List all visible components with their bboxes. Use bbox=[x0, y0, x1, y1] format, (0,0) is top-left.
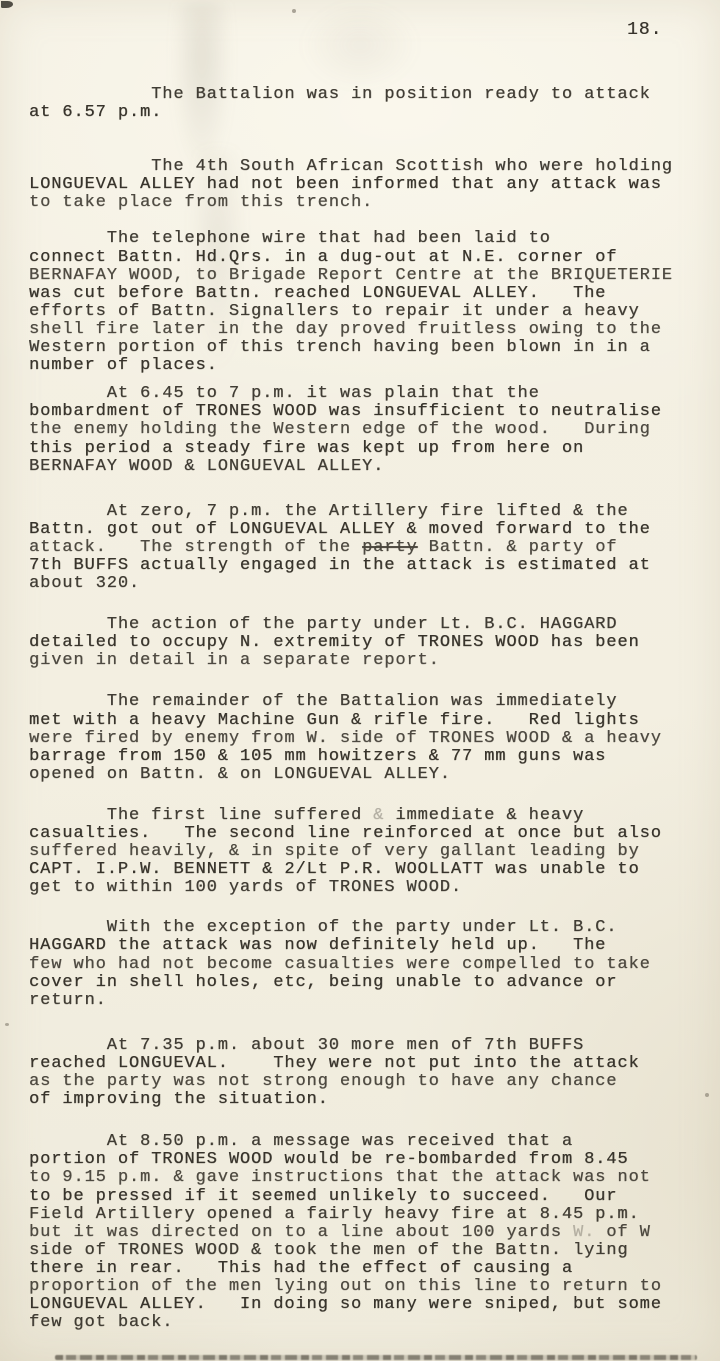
text-line: to 9.15 p.m. & gave instructions that th… bbox=[29, 1169, 699, 1187]
faint-ink-text: & bbox=[373, 806, 384, 825]
text-line: LONGUEVAL ALLEY had not been informed th… bbox=[29, 176, 699, 194]
paragraph: The Battalion was in position ready to a… bbox=[29, 86, 699, 122]
text-line: Battn. got out of LONGUEVAL ALLEY & move… bbox=[29, 521, 699, 539]
paragraph: At 8.50 p.m. a message was received that… bbox=[29, 1133, 699, 1332]
text-line: attack. The strength of the party Battn.… bbox=[29, 539, 699, 557]
text-line: At zero, 7 p.m. the Artillery fire lifte… bbox=[29, 503, 699, 521]
text-line: detailed to occupy N. extremity of TRONE… bbox=[29, 634, 699, 652]
text-line: efforts of Battn. Signallers to repair i… bbox=[29, 303, 699, 321]
scan-dust-speck bbox=[705, 1093, 709, 1097]
text-line: CAPT. I.P.W. BENNETT & 2/Lt P.R. WOOLLAT… bbox=[29, 861, 699, 879]
text-line: The first line suffered & immediate & he… bbox=[29, 807, 699, 825]
paragraph: The first line suffered & immediate & he… bbox=[29, 807, 699, 897]
text-line: proportion of the men lying out on this … bbox=[29, 1278, 699, 1296]
text-line: suffered heavily, & in spite of very gal… bbox=[29, 843, 699, 861]
text-line: few got back. bbox=[29, 1314, 699, 1332]
text-line: number of places. bbox=[29, 357, 699, 375]
text-line: but it was directed on to a line about 1… bbox=[29, 1224, 699, 1242]
text-line: about 320. bbox=[29, 575, 699, 593]
text-line: At 8.50 p.m. a message was received that… bbox=[29, 1133, 699, 1151]
text-line: connect Battn. Hd.Qrs. in a dug-out at N… bbox=[29, 249, 699, 267]
text-line: HAGGARD the attack was now definitely he… bbox=[29, 937, 699, 955]
text-line: The telephone wire that had been laid to bbox=[29, 230, 699, 248]
document-page: 18. The Battalion was in position ready … bbox=[0, 0, 720, 1361]
text-line: Western portion of this trench having be… bbox=[29, 339, 699, 357]
text-line: there in rear. This had the effect of ca… bbox=[29, 1260, 699, 1278]
text-line: BERNAFAY WOOD, to Brigade Report Centre … bbox=[29, 267, 699, 285]
faint-ink-text: W. bbox=[573, 1223, 595, 1242]
text-line: casualties. The second line reinforced a… bbox=[29, 825, 699, 843]
text-line: as the party was not strong enough to ha… bbox=[29, 1073, 699, 1091]
show-through-smudge bbox=[300, 0, 420, 90]
scan-dust-speck bbox=[5, 1023, 9, 1026]
text-line: LONGUEVAL ALLEY. In doing so many were s… bbox=[29, 1296, 699, 1314]
text-line: to be pressed if it seemed unlikely to s… bbox=[29, 1188, 699, 1206]
paragraph: The remainder of the Battalion was immed… bbox=[29, 693, 699, 783]
text-line: At 6.45 to 7 p.m. it was plain that the bbox=[29, 385, 699, 403]
text-line: met with a heavy Machine Gun & rifle fir… bbox=[29, 712, 699, 730]
text-line: was cut before Battn. reached LONGUEVAL … bbox=[29, 285, 699, 303]
text-line: The action of the party under Lt. B.C. H… bbox=[29, 616, 699, 634]
paragraph: At 6.45 to 7 p.m. it was plain that theb… bbox=[29, 385, 699, 475]
text-line: few who had not become casualties were c… bbox=[29, 956, 699, 974]
typewritten-text-body: The Battalion was in position ready to a… bbox=[29, 86, 699, 1332]
text-line: reached LONGUEVAL. They were not put int… bbox=[29, 1055, 699, 1073]
text-line: shell fire later in the day proved fruit… bbox=[29, 321, 699, 339]
text-line: get to within 100 yards of TRONES WOOD. bbox=[29, 879, 699, 897]
text-line: opened on Battn. & on LONGUEVAL ALLEY. bbox=[29, 766, 699, 784]
text-line: The Battalion was in position ready to a… bbox=[29, 86, 699, 104]
text-line: Field Artillery opened a fairly heavy fi… bbox=[29, 1206, 699, 1224]
paragraph: At 7.35 p.m. about 30 more men of 7th BU… bbox=[29, 1037, 699, 1109]
paragraph: The telephone wire that had been laid to… bbox=[29, 230, 699, 375]
scan-corner-speck bbox=[1, 1, 13, 8]
text-line: barrage from 150 & 105 mm howitzers & 77… bbox=[29, 748, 699, 766]
text-line: the enemy holding the Western edge of th… bbox=[29, 421, 699, 439]
text-line: portion of TRONES WOOD would be re-bomba… bbox=[29, 1151, 699, 1169]
text-line: With the exception of the party under Lt… bbox=[29, 919, 699, 937]
paragraph: At zero, 7 p.m. the Artillery fire lifte… bbox=[29, 503, 699, 593]
text-line: The remainder of the Battalion was immed… bbox=[29, 693, 699, 711]
text-line: were fired by enemy from W. side of TRON… bbox=[29, 730, 699, 748]
cut-off-text-strip bbox=[55, 1355, 697, 1360]
page-number: 18. bbox=[627, 20, 662, 40]
paragraph: The 4th South African Scottish who were … bbox=[29, 158, 699, 212]
paragraph: The action of the party under Lt. B.C. H… bbox=[29, 616, 699, 670]
text-line: cover in shell holes, etc, being unable … bbox=[29, 974, 699, 992]
text-line: to take place from this trench. bbox=[29, 194, 699, 212]
text-line: return. bbox=[29, 992, 699, 1010]
text-line: At 7.35 p.m. about 30 more men of 7th BU… bbox=[29, 1037, 699, 1055]
scan-dust-speck bbox=[292, 9, 296, 13]
paragraph: With the exception of the party under Lt… bbox=[29, 919, 699, 1009]
text-line: The 4th South African Scottish who were … bbox=[29, 158, 699, 176]
text-line: side of TRONES WOOD & took the men of th… bbox=[29, 1242, 699, 1260]
text-line: at 6.57 p.m. bbox=[29, 104, 699, 122]
text-line: of improving the situation. bbox=[29, 1091, 699, 1109]
text-line: this period a steady fire was kept up fr… bbox=[29, 440, 699, 458]
text-line: 7th BUFFS actually engaged in the attack… bbox=[29, 557, 699, 575]
overtyped-word: party bbox=[362, 538, 418, 557]
text-line: bombardment of TRONES WOOD was insuffici… bbox=[29, 403, 699, 421]
text-line: given in detail in a separate report. bbox=[29, 652, 699, 670]
text-line: BERNAFAY WOOD & LONGUEVAL ALLEY. bbox=[29, 458, 699, 476]
